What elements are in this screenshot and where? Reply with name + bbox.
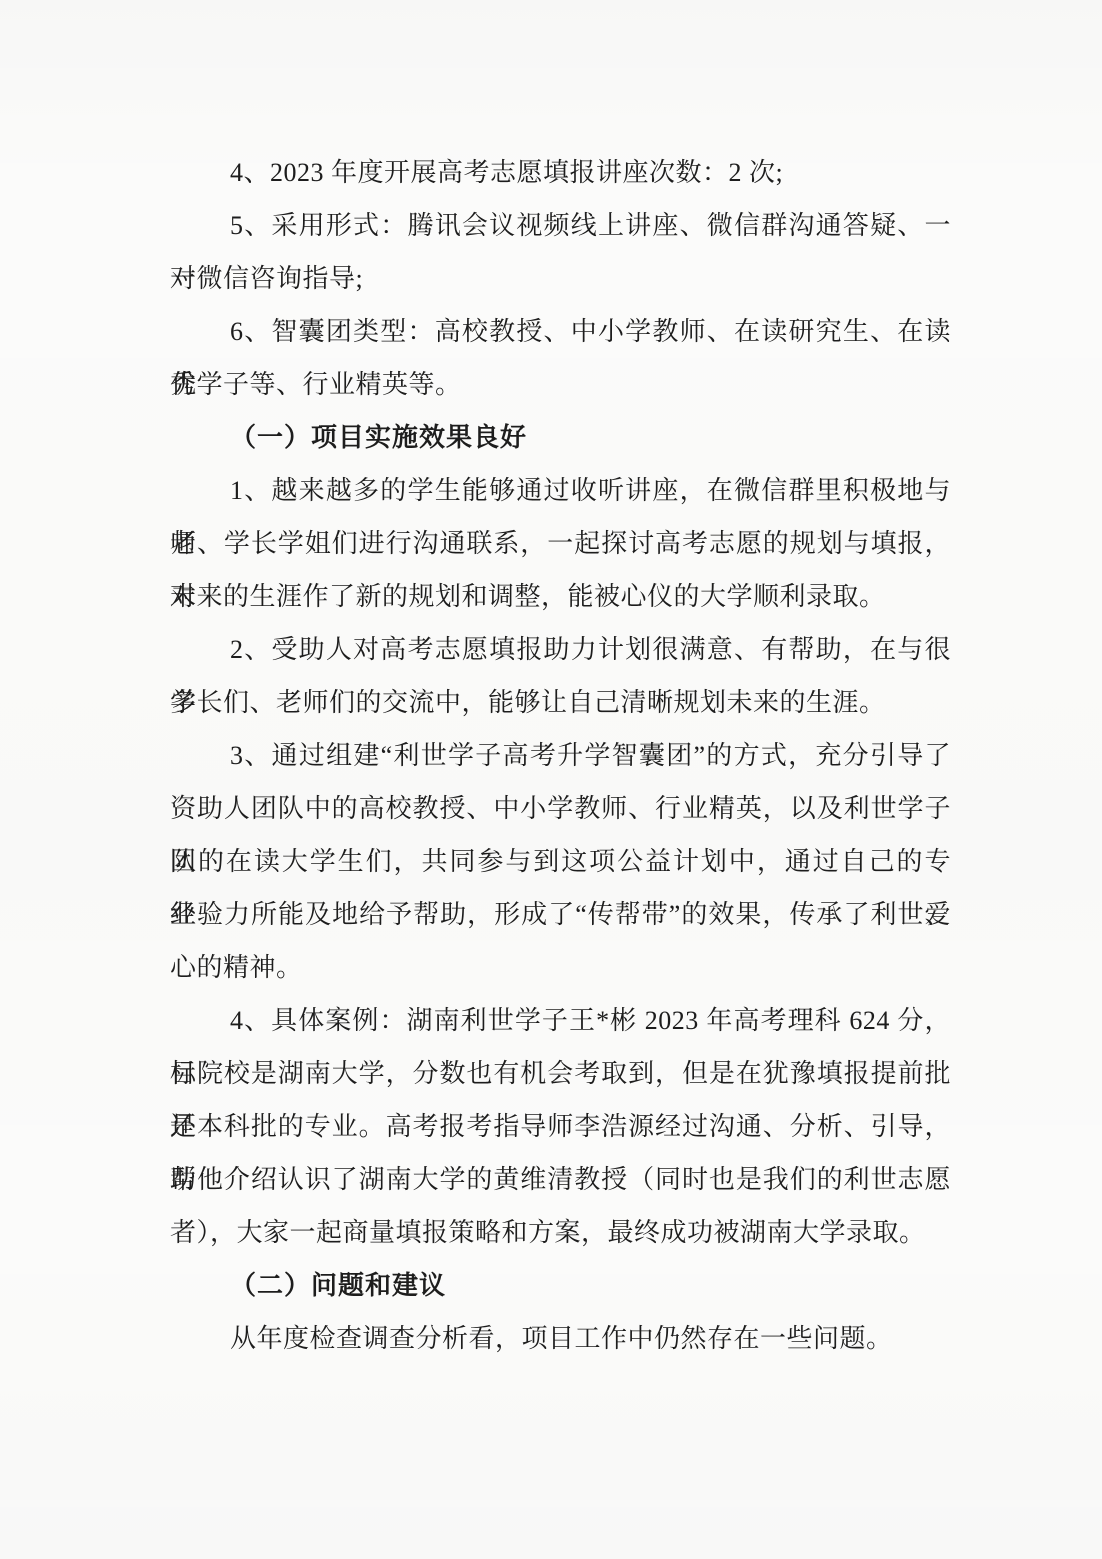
text-line: 学长们、老师们的交流中，能够让自己清晰规划未来的生涯。 (170, 676, 951, 729)
text-line: 2、受助人对高考志愿填报助力计划很满意、有帮助，在与很多 (170, 623, 951, 676)
section-heading: （一）项目实施效果良好 (170, 411, 951, 464)
text-line: 者），大家一起商量填报策略和方案，最终成功被湖南大学录取。 (170, 1206, 951, 1259)
text-line: 标院校是湖南大学，分数也有机会考取到，但是在犹豫填报提前批还 (170, 1047, 951, 1100)
document-body: 4、2023 年度开展高考志愿填报讲座次数：2 次;5、采用形式：腾讯会议视频线… (170, 146, 951, 1365)
text-line: 心的精神。 (170, 941, 951, 994)
text-line: 是本科批的专业。高考报考指导师李浩源经过沟通、分析、引导，帮 (170, 1100, 951, 1153)
text-line: 从年度检查调查分析看，项目工作中仍然存在一些问题。 (170, 1312, 951, 1365)
text-line: 队的在读大学生们，共同参与到这项公益计划中，通过自己的专业、 (170, 835, 951, 888)
section-heading: （二）问题和建议 (170, 1259, 951, 1312)
text-line: 4、具体案例：湖南利世学子王*彬 2023 年高考理科 624 分，目 (170, 994, 951, 1047)
text-line: 一微信咨询指导; (170, 252, 951, 305)
text-line: 资助人团队中的高校教授、中小学教师、行业精英，以及利世学子团 (170, 782, 951, 835)
document-page: 4、2023 年度开展高考志愿填报讲座次数：2 次;5、采用形式：腾讯会议视频线… (0, 0, 1102, 1559)
text-line: 6、智囊团类型：高校教授、中小学教师、在读研究生、在读优 (170, 305, 951, 358)
text-line: 助他介绍认识了湖南大学的黄维清教授（同时也是我们的利世志愿 (170, 1153, 951, 1206)
text-line: 3、通过组建“利世学子高考升学智囊团”的方式，充分引导了 (170, 729, 951, 782)
text-line: 未来的生涯作了新的规划和调整，能被心仪的大学顺利录取。 (170, 570, 951, 623)
text-line: 秀学子等、行业精英等。 (170, 358, 951, 411)
text-line: 5、采用形式：腾讯会议视频线上讲座、微信群沟通答疑、一对 (170, 199, 951, 252)
text-line: 经验力所能及地给予帮助，形成了“传帮带”的效果，传承了利世爱 (170, 888, 951, 941)
text-line: 1、越来越多的学生能够通过收听讲座，在微信群里积极地与老 (170, 464, 951, 517)
text-line: 4、2023 年度开展高考志愿填报讲座次数：2 次; (170, 146, 951, 199)
text-line: 师、学长学姐们进行沟通联系，一起探讨高考志愿的规划与填报，对 (170, 517, 951, 570)
